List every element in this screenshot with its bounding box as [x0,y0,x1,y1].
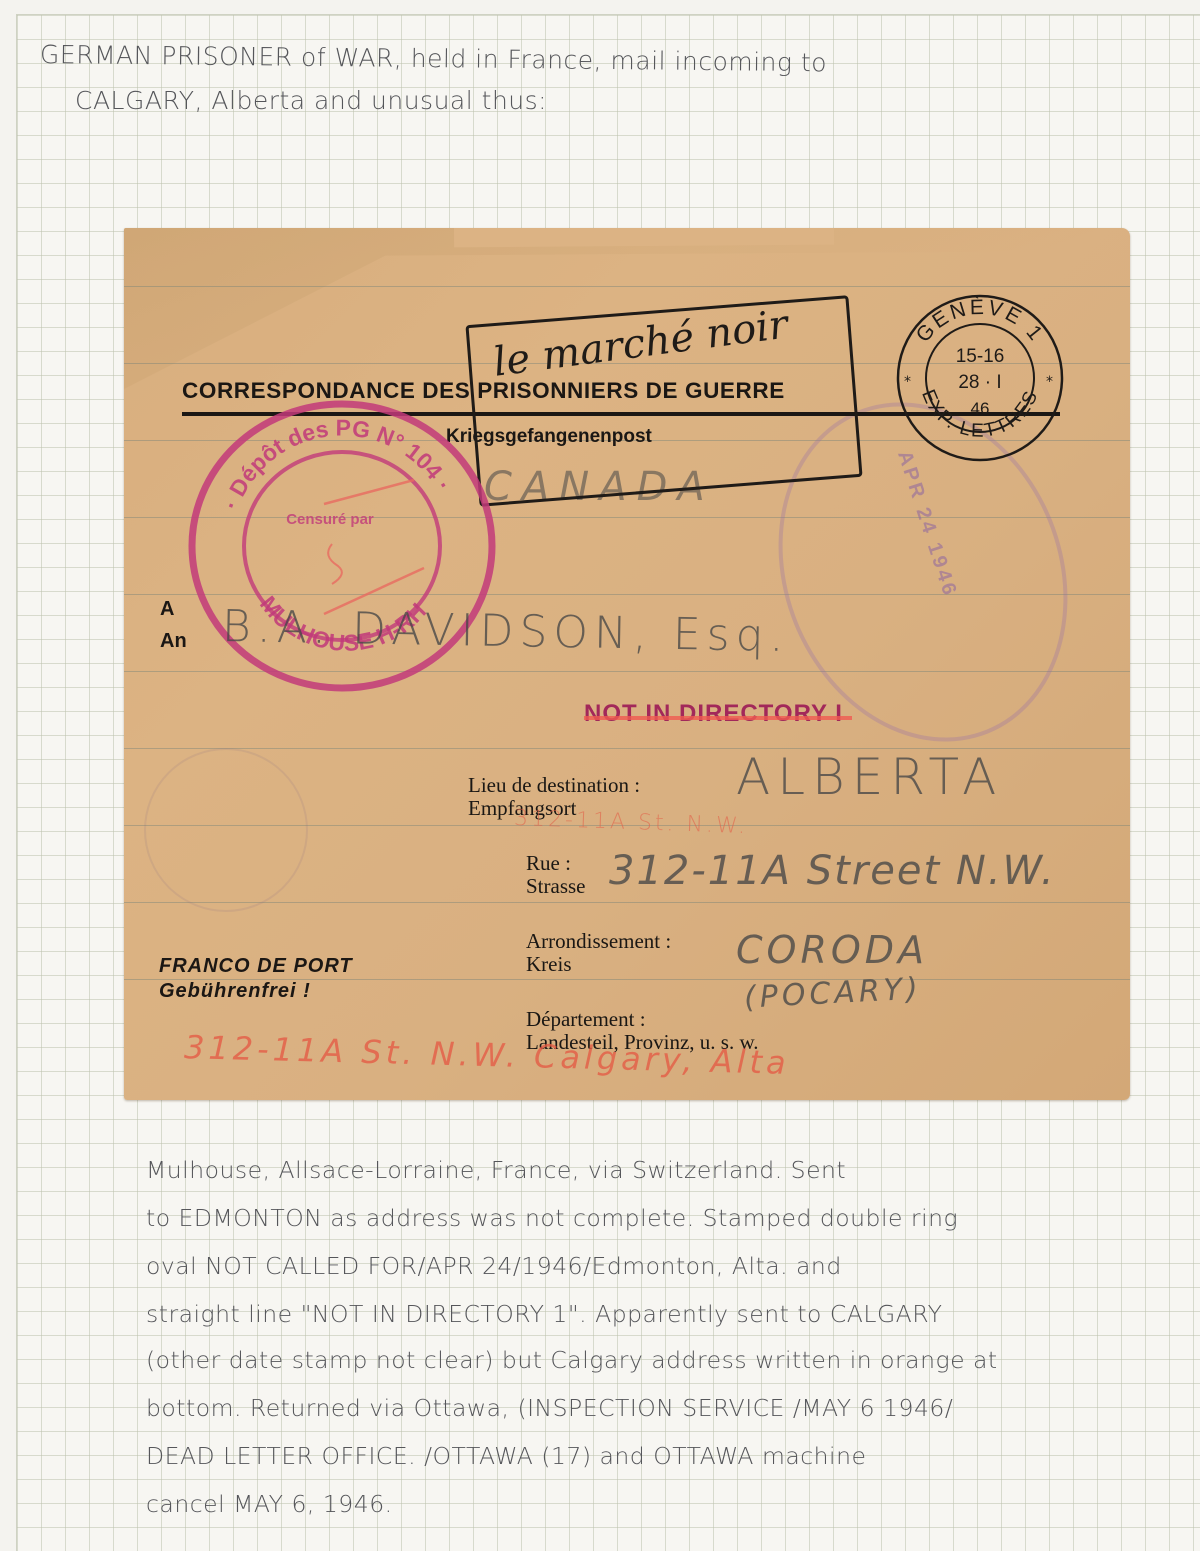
franco-line-fr: FRANCO DE PORT [159,954,353,979]
ruled-line [124,286,1130,287]
geneve-postmark: GENÈVE 1 EXP. LETTRES 15-16 28 · I 46 * … [894,292,1066,464]
svg-text:28 · I: 28 · I [958,372,1001,393]
department-label-fr: Département : [526,1008,759,1031]
not-in-directory-stamp: NOT IN DIRECTORY I [584,700,843,728]
ruled-line [124,902,1130,903]
handwritten-district: CORODA [736,928,928,972]
district-label-fr: Arrondissement : [526,930,671,953]
footer-note-line-5: (other date stamp not clear) but Calgary… [146,1346,998,1374]
franco-de-port: FRANCO DE PORT Gebührenfrei ! [159,954,353,1004]
orange-strikethrough [584,716,852,720]
to-label-fr: A [160,598,174,621]
district-label: Arrondissement : Kreis [526,930,671,976]
header-note-line-2: CALGARY, Alberta and unusual thus: [75,86,547,115]
footer-note-line-8: cancel MAY 6, 1946. [146,1490,393,1518]
footer-note-line-2: to EDMONTON as address was not complete.… [146,1204,958,1232]
svg-text:15-16: 15-16 [956,346,1005,367]
handwritten-addressee: B.A. DAVIDSON, Esq. [222,601,790,662]
svg-text:Censuré par: Censuré par [286,511,374,528]
district-label-de: Kreis [526,953,671,976]
street-label-fr: Rue : [526,852,586,875]
street-label-de: Strasse [526,875,586,898]
svg-text:*: * [1046,374,1053,390]
pow-envelope: APR 24 1946 CORRESPONDANCE DES PRISONNIE… [124,228,1130,1100]
marche-noir-slogan: le marché noir [491,302,791,386]
to-label-de: An [160,630,187,653]
handwritten-street: 312-11A Street N.W. [609,848,1056,894]
svg-text:GENÈVE 1: GENÈVE 1 [912,296,1049,347]
franco-line-de: Gebührenfrei ! [159,979,353,1004]
marche-noir-slogan-box: le marché noir [465,295,862,507]
footer-note-line-3: oval NOT CALLED FOR/APR 24/1946/Edmonton… [146,1252,842,1280]
footer-note-line-1: Mulhouse, Allsace-Lorraine, France, via … [146,1156,846,1184]
footer-note-line-4: straight line "NOT IN DIRECTORY 1". Appa… [146,1300,942,1328]
svg-text:*: * [904,374,911,390]
geneve-postmark-icon: GENÈVE 1 EXP. LETTRES 15-16 28 · I 46 * … [894,292,1066,464]
orange-street-faint: 312-11A St. N.W. [514,806,749,839]
destination-label-fr: Lieu de destination : [468,774,640,797]
footer-note-line-6: bottom. Returned via Ottawa, (INSPECTION… [146,1394,953,1422]
handwritten-destination: ALBERTA [736,748,1003,806]
envelope-torn-edge [454,228,834,247]
street-label: Rue : Strasse [526,852,586,898]
svg-text:46: 46 [971,399,990,418]
footer-note-line-7: DEAD LETTER OFFICE. /OTTAWA (17) and OTT… [146,1442,866,1470]
handwritten-district-alt: (POCARY) [743,971,922,1015]
faint-ottawa-postmark [144,748,308,912]
